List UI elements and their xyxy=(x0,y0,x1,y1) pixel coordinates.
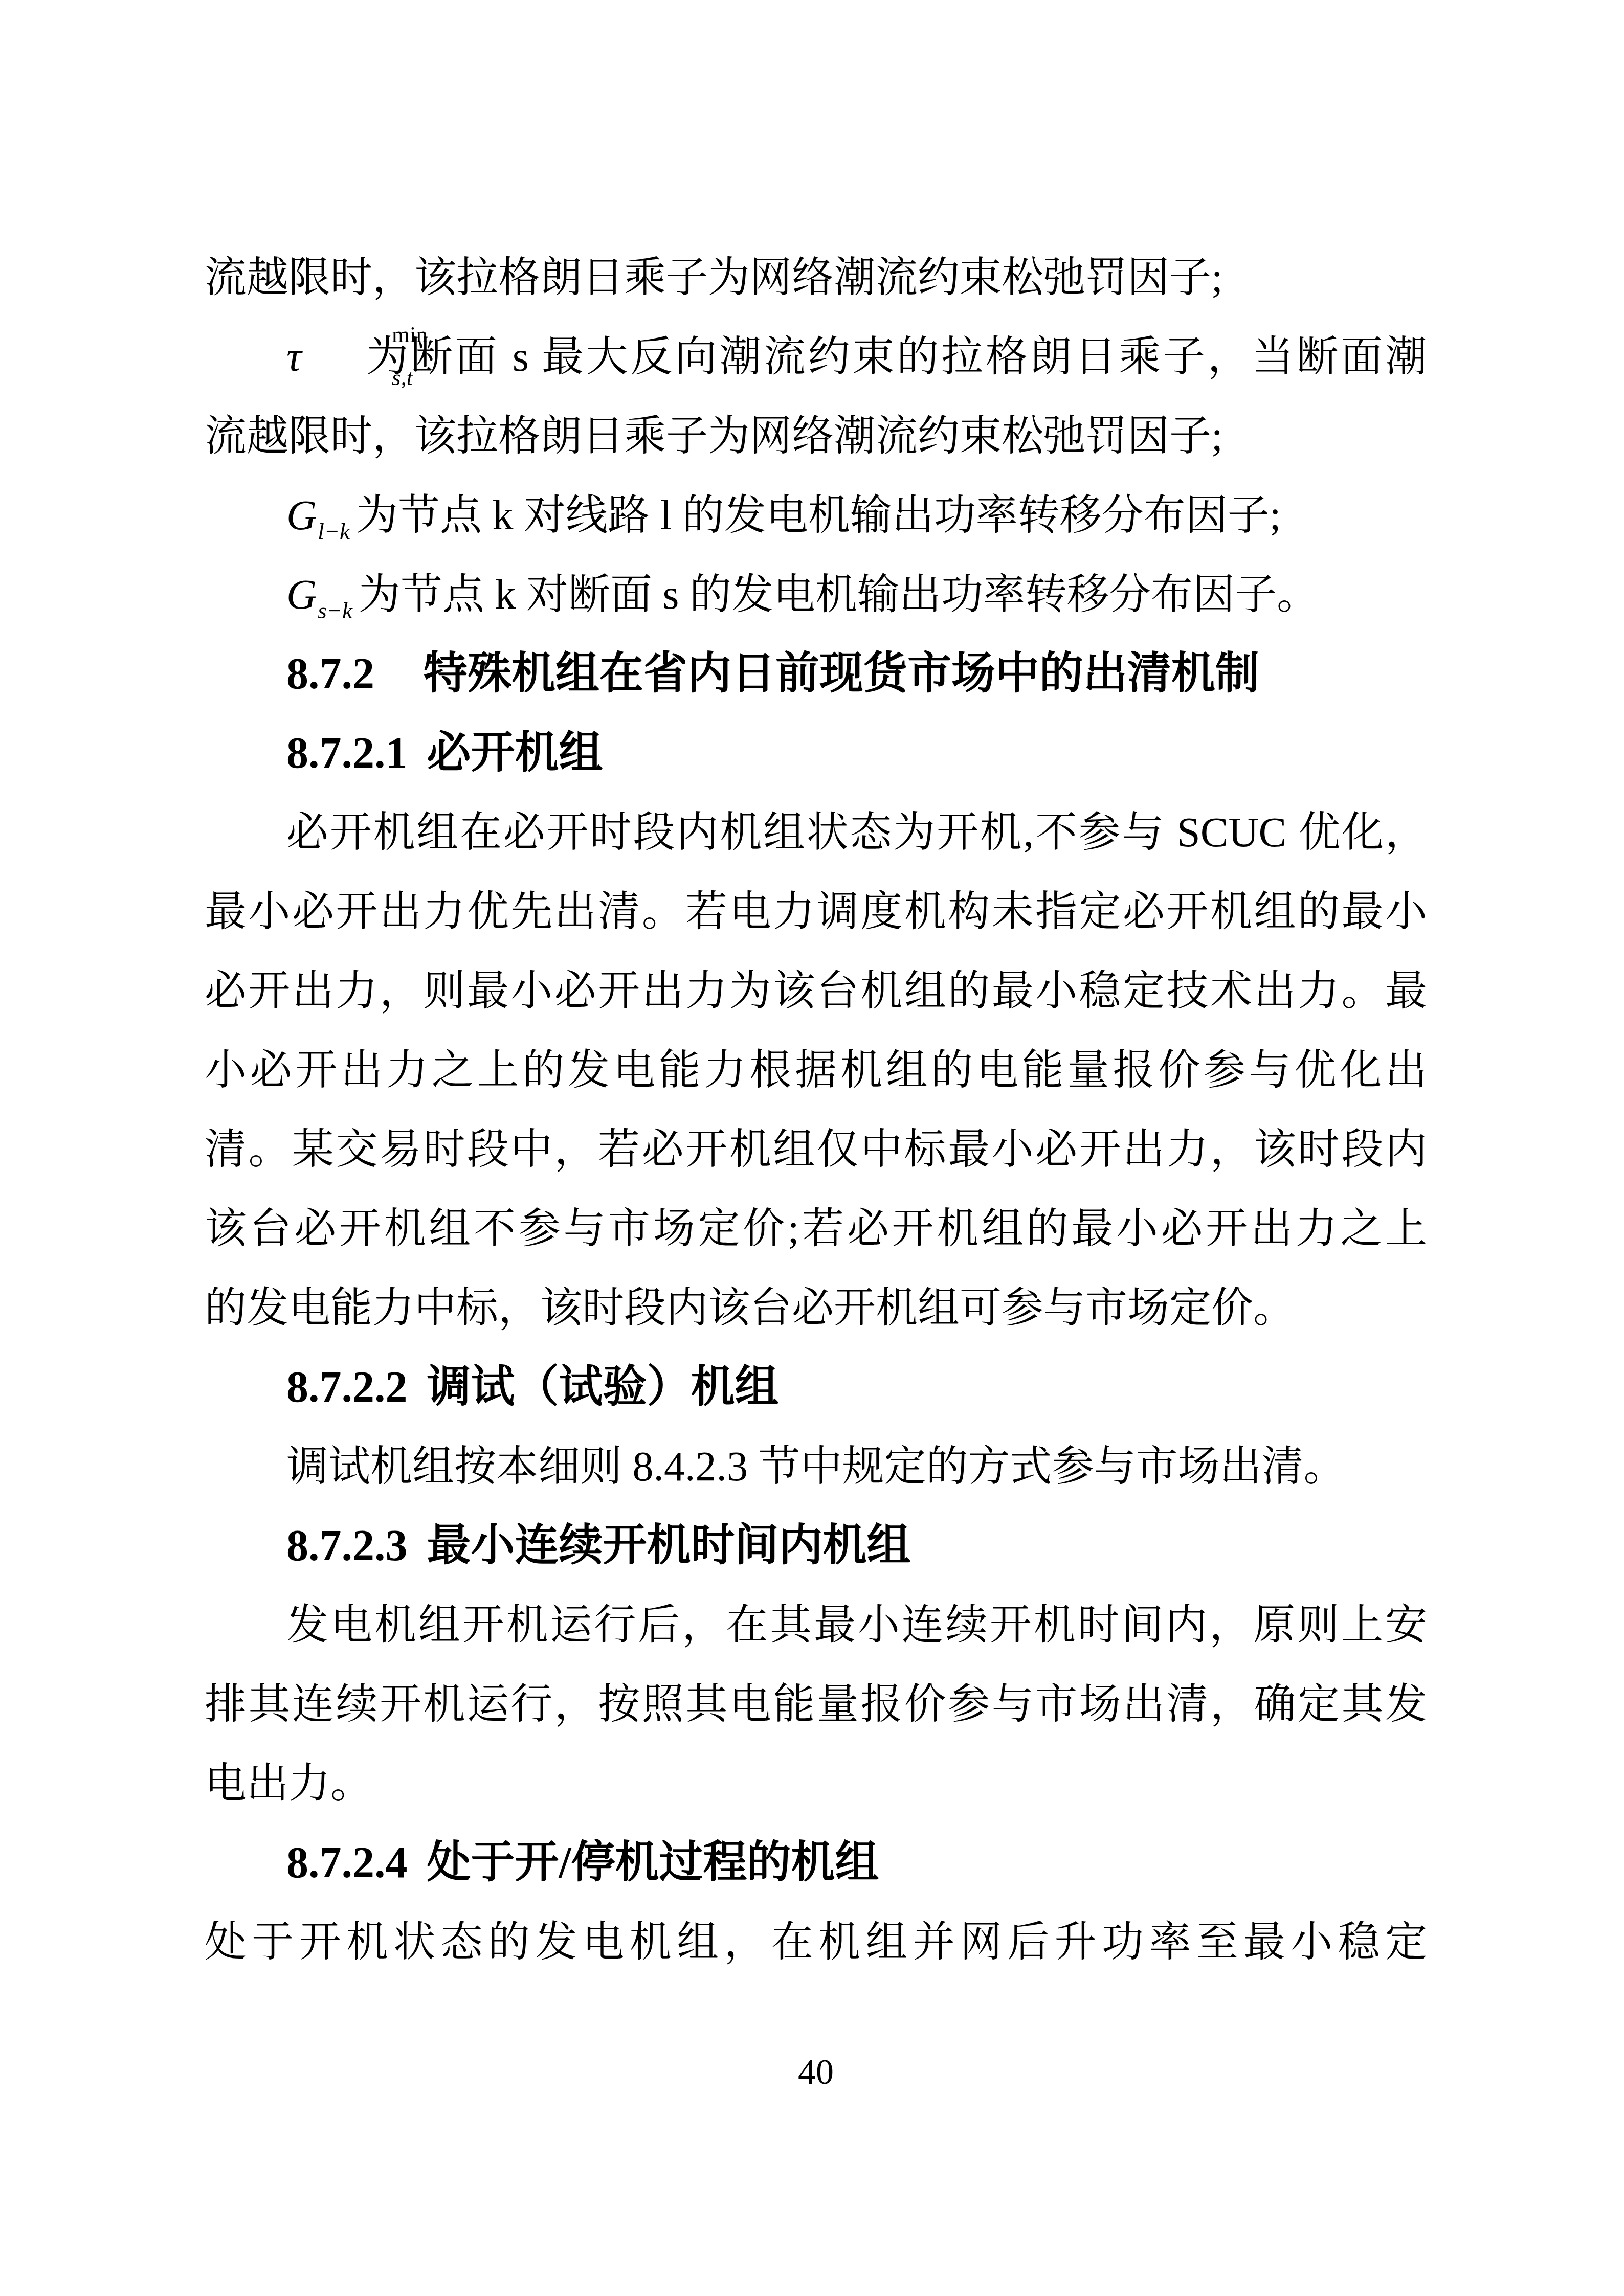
heading-title: 必开机组 xyxy=(427,728,603,777)
body-text: 为节点 k 对线路 l 的发电机输出功率转移分布因子; xyxy=(356,492,1281,538)
body-text: 清。某交易时段中，若必开机组仅中标最小必开出力，该时段内 xyxy=(205,1126,1427,1173)
formula-subscript: s,t xyxy=(310,366,413,389)
body-line: 调试机组按本细则 8.4.2.3 节中规定的方式参与市场出清。 xyxy=(205,1427,1427,1506)
heading-title: 特殊机组在省内日前现货市场中的出清机制 xyxy=(424,649,1259,698)
formula-subscript: l−k xyxy=(318,519,350,544)
body-text: 流越限时，该拉格朗日乘子为网络潮流约束松弛罚因子; xyxy=(205,254,1223,301)
heading-number: 8.7.2.3 xyxy=(286,1521,408,1570)
body-line: 必开机组在必开时段内机组状态为开机,不参与 SCUC 优化， xyxy=(205,793,1427,872)
heading-8-7-2-2: 8.7.2.2调试（试验）机组 xyxy=(205,1347,1427,1427)
heading-number: 8.7.2.4 xyxy=(286,1838,408,1887)
body-text: 排其连续开机运行，按照其电能量报价参与市场出清，确定其发 xyxy=(205,1681,1427,1727)
body-line: 该台必开机组不参与市场定价;若必开机组的最小必开出力之上 xyxy=(205,1189,1427,1268)
formula-superscript: min xyxy=(310,323,428,346)
body-text: 流越限时，该拉格朗日乘子为网络潮流约束松弛罚因子; xyxy=(205,413,1223,459)
heading-number: 8.7.2.2 xyxy=(286,1362,408,1411)
body-text: 必开机组在必开时段内机组状态为开机,不参与 SCUC 优化， xyxy=(286,809,1427,856)
body-line: 流越限时，该拉格朗日乘子为网络潮流约束松弛罚因子; xyxy=(205,396,1427,476)
body-text: 调试机组按本细则 8.4.2.3 节中规定的方式参与市场出清。 xyxy=(286,1443,1346,1490)
formula-base: G xyxy=(286,492,317,538)
body-line: 小必开出力之上的发电能力根据机组的电能量报价参与优化出 xyxy=(205,1030,1427,1110)
formula-line-g-line: Gl−k为节点 k 对线路 l 的发电机输出功率转移分布因子; xyxy=(205,476,1427,555)
g-formula: Gl−k xyxy=(286,492,353,538)
formula-line-g-section: Gs−k为节点 k 对断面 s 的发电机输出功率转移分布因子。 xyxy=(205,555,1427,634)
body-line: 流越限时，该拉格朗日乘子为网络潮流约束松弛罚因子; xyxy=(205,238,1427,317)
formula-base: τ xyxy=(286,333,301,380)
document-body: 流越限时，该拉格朗日乘子为网络潮流约束松弛罚因子; τmins,t为断面 s 最… xyxy=(205,238,1427,2112)
body-text: 发电机组开机运行后，在其最小连续开机时间内，原则上安 xyxy=(286,1602,1427,1648)
body-line: 的发电能力中标，该时段内该台必开机组可参与市场定价。 xyxy=(205,1268,1427,1347)
formula-base: G xyxy=(286,571,317,618)
body-line: 排其连续开机运行，按照其电能量报价参与市场出清，确定其发 xyxy=(205,1664,1427,1744)
heading-title: 处于开/停机过程的机组 xyxy=(427,1838,879,1887)
heading-8-7-2-3: 8.7.2.3最小连续开机时间内机组 xyxy=(205,1506,1427,1585)
body-line: 最小必开出力优先出清。若电力调度机构未指定必开机组的最小 xyxy=(205,872,1427,951)
heading-8-7-2-1: 8.7.2.1必开机组 xyxy=(205,713,1427,793)
heading-number: 8.7.2 xyxy=(286,649,374,698)
formula-line-tau: τmins,t为断面 s 最大反向潮流约束的拉格朗日乘子，当断面潮 xyxy=(205,317,1427,396)
body-line: 电出力。 xyxy=(205,1744,1427,1823)
body-text: 最小必开出力优先出清。若电力调度机构未指定必开机组的最小 xyxy=(205,888,1427,935)
heading-number: 8.7.2.1 xyxy=(286,728,408,777)
formula-subscript: s−k xyxy=(318,598,352,623)
body-text: 电出力。 xyxy=(205,1760,372,1807)
body-line: 发电机组开机运行后，在其最小连续开机时间内，原则上安 xyxy=(205,1585,1427,1664)
heading-title: 最小连续开机时间内机组 xyxy=(427,1521,911,1570)
body-line: 必开出力，则最小必开出力为该台机组的最小稳定技术出力。最 xyxy=(205,951,1427,1030)
body-line: 处于开机状态的发电机组，在机组并网后升功率至最小稳定 xyxy=(205,1902,1427,1982)
body-text: 该台必开机组不参与市场定价;若必开机组的最小必开出力之上 xyxy=(205,1205,1427,1252)
body-text: 必开出力，则最小必开出力为该台机组的最小稳定技术出力。最 xyxy=(205,967,1427,1014)
heading-title: 调试（试验）机组 xyxy=(427,1362,779,1411)
body-text: 为节点 k 对断面 s 的发电机输出功率转移分布因子。 xyxy=(359,571,1319,618)
body-text: 的发电能力中标，该时段内该台必开机组可参与市场定价。 xyxy=(205,1285,1295,1331)
body-text: 为断面 s 最大反向潮流约束的拉格朗日乘子，当断面潮 xyxy=(364,333,1427,380)
document-page: 流越限时，该拉格朗日乘子为网络潮流约束松弛罚因子; τmins,t为断面 s 最… xyxy=(0,0,1624,2296)
body-line: 清。某交易时段中，若必开机组仅中标最小必开出力，该时段内 xyxy=(205,1110,1427,1189)
body-text: 小必开出力之上的发电能力根据机组的电能量报价参与优化出 xyxy=(205,1047,1427,1093)
heading-8-7-2-4: 8.7.2.4处于开/停机过程的机组 xyxy=(205,1823,1427,1902)
body-text: 处于开机状态的发电机组，在机组并网后升功率至最小稳定 xyxy=(205,1919,1427,1965)
g-formula: Gs−k xyxy=(286,571,355,618)
page-number: 40 xyxy=(205,2033,1427,2112)
tau-formula: τmins,t xyxy=(286,333,361,380)
heading-8-7-2: 8.7.2特殊机组在省内日前现货市场中的出清机制 xyxy=(205,634,1427,713)
